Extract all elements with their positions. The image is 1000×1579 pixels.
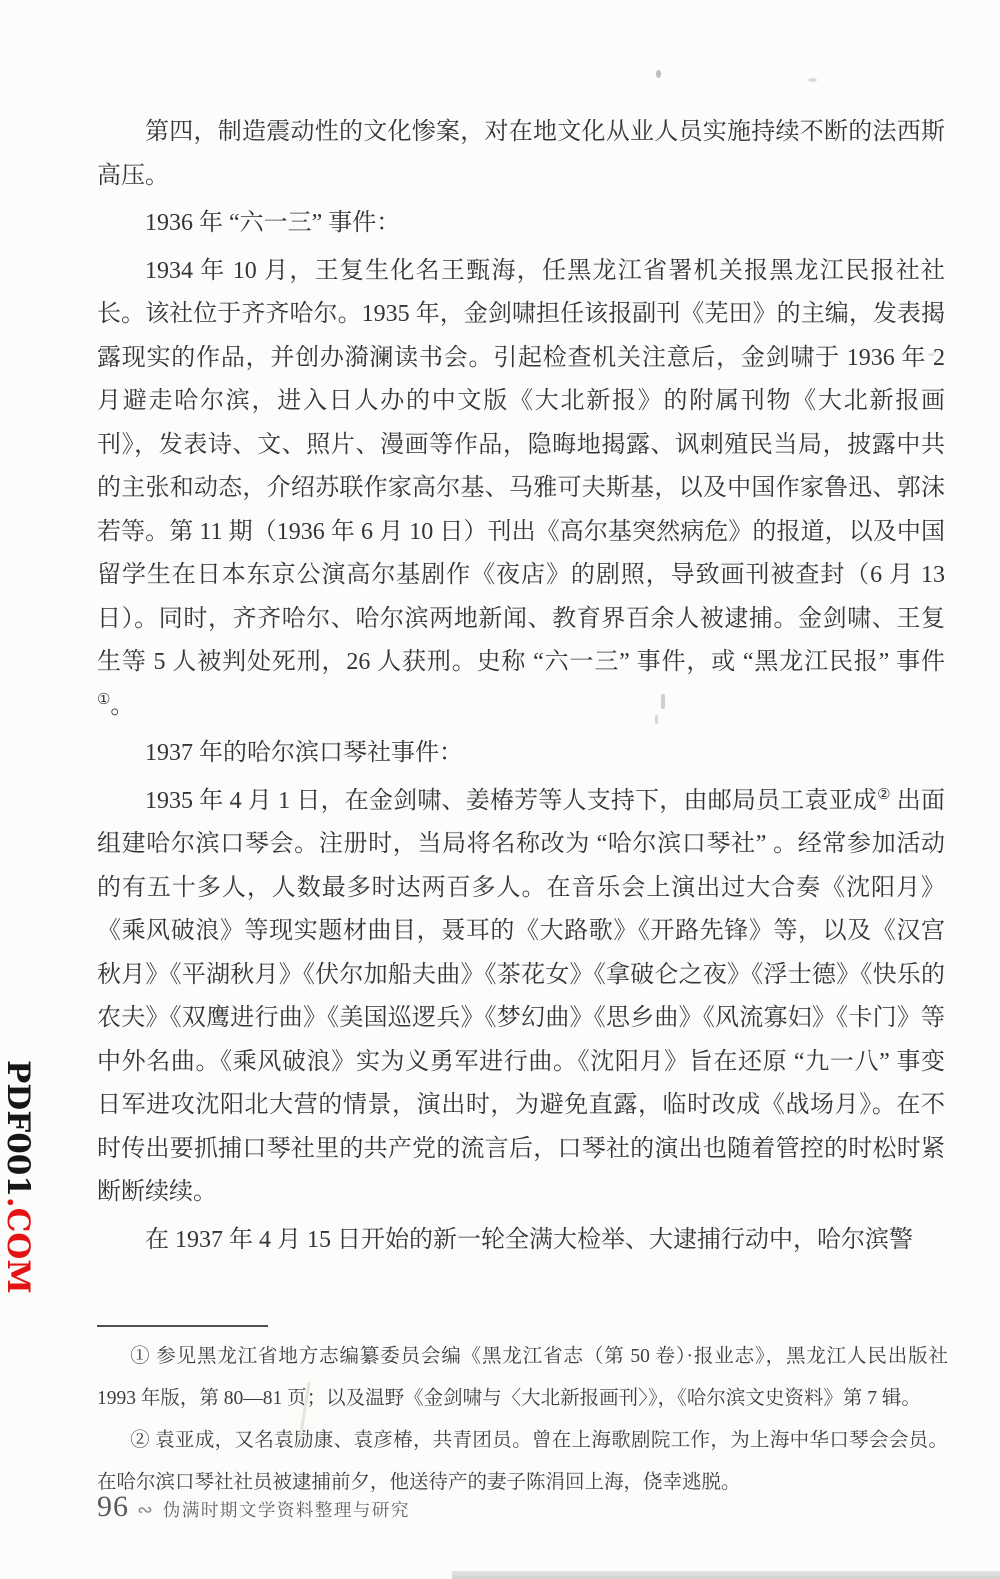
scan-speck: [661, 694, 665, 709]
scan-speck: [655, 715, 658, 724]
watermark-red-text: .COM: [0, 1197, 36, 1294]
book-title: 伪满时期文学资料整理与研究: [163, 1500, 410, 1520]
paragraph-fascist-pressure: 第四，制造震动性的文化惨案，对在地文化从业人员实施持续不断的法西斯高压。: [97, 111, 945, 198]
paragraph-1937-roundup: 在 1937 年 4 月 15 日开始的新一轮全满大检举、大逮捕行动中，哈尔滨警: [97, 1219, 945, 1263]
scan-speck: [808, 78, 817, 82]
footnotes: ① 参见黑龙江省地方志编纂委员会编《黑龙江省志（第 50 卷）·报业志》，黑龙江…: [97, 1336, 948, 1504]
scan-speck: [656, 70, 661, 78]
main-text-column: 第四，制造震动性的文化惨案，对在地文化从业人员实施持续不断的法西斯高压。 193…: [0, 0, 1000, 1262]
watermark-black-text: PDF001: [0, 1060, 36, 1197]
paragraph-613-event: 1934 年 10 月，王复生化名王甄海，任黑龙江省署机关报黑龙江民报社社长。该…: [97, 250, 945, 729]
paragraph-harmonica-heading: 1937 年的哈尔滨口琴社事件：: [97, 732, 945, 776]
scanned-book-page: PDF001.COM 第四，制造震动性的文化惨案，对在地文化从业人员实施持续不断…: [0, 0, 1000, 1579]
scan-speck: [928, 353, 935, 356]
footer-ornament-icon: ∾: [137, 1500, 153, 1521]
scan-edge-shadow: [452, 1571, 1000, 1579]
watermark: PDF001.COM: [1, 1060, 35, 1294]
page-footer: 96∾伪满时期文学资料整理与研究: [97, 1490, 410, 1524]
paragraph-harmonica-society: 1935 年 4 月 1 日，在金剑啸、姜椿芳等人支持下，由邮局员工袁亚成② 出…: [97, 780, 945, 1215]
footnote-1: ① 参见黑龙江省地方志编纂委员会编《黑龙江省志（第 50 卷）·报业志》，黑龙江…: [97, 1336, 948, 1420]
page-number: 96: [97, 1490, 129, 1523]
paragraph-613-heading: 1936 年 “六一三” 事件：: [97, 202, 945, 246]
footnote-separator: [97, 1325, 268, 1327]
